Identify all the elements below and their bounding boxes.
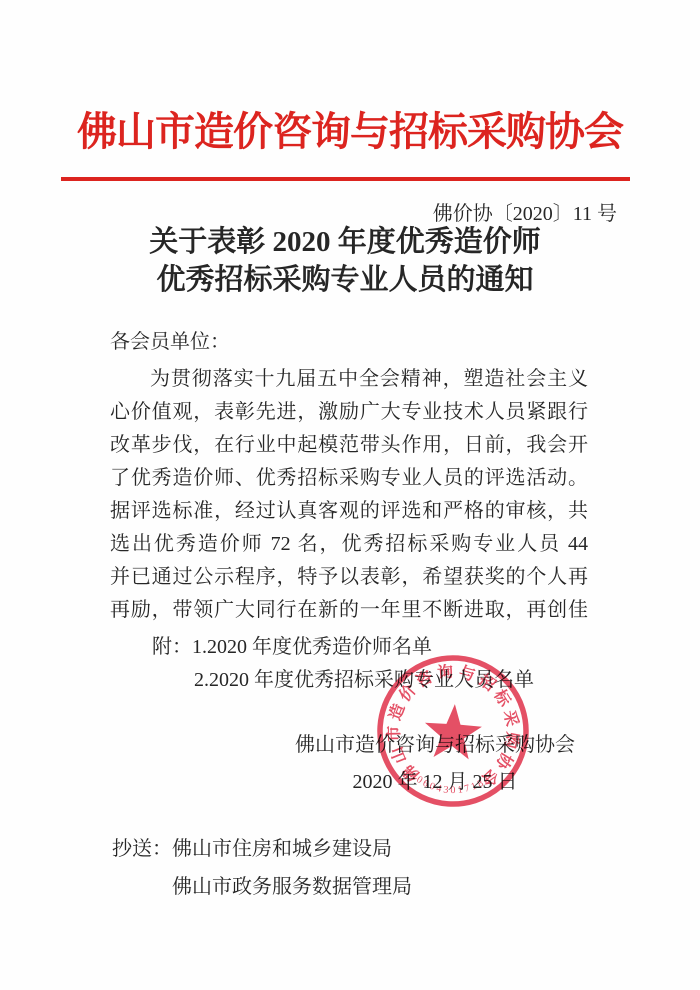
paragraph-line: 并已通过公示程序，特予以表彰，希望获奖的个人再接 <box>110 561 588 594</box>
paragraph-line: 心价值观，表彰先进，激励广大专业技术人员紧跟行业 <box>110 396 588 429</box>
cc-line-1: 抄送：佛山市住房和城乡建设局 <box>112 832 392 861</box>
paragraph-line: 据评选标准，经过认真客观的评选和严格的审核，共评 <box>110 495 588 528</box>
red-divider-line <box>61 177 630 181</box>
org-header-title: 佛山市造价咨询与招标采购协会 <box>0 100 700 157</box>
doc-number: 佛价协〔2020〕11 号 <box>0 197 617 226</box>
body-paragraph: 为贯彻落实十九届五中全会精神，塑造社会主义核心价值观，表彰先进，激励广大专业技术… <box>110 363 588 627</box>
seal-star-icon <box>423 702 484 760</box>
official-seal-svg: 佛山市造价咨询与招标采购协会 4406043017184 <box>367 645 540 818</box>
paragraph-line: 为贯彻落实十九届五中全会精神，塑造社会主义核 <box>110 363 588 396</box>
salutation: 各会员单位： <box>110 329 230 355</box>
notice-title: 关于表彰 2020 年度优秀造价师 优秀招标采购专业人员的通知 <box>0 223 690 299</box>
notice-title-line-2: 优秀招标采购专业人员的通知 <box>0 261 690 299</box>
paragraph-line: 了优秀造价师、优秀招标采购专业人员的评选活动。根 <box>110 462 588 495</box>
official-seal: 佛山市造价咨询与招标采购协会 4406043017184 <box>367 645 540 818</box>
paragraph-line: 改革步伐，在行业中起模范带头作用，日前，我会开展 <box>110 429 588 462</box>
cc-line-2: 佛山市政务服务数据管理局 <box>172 870 412 899</box>
notice-title-line-1: 关于表彰 2020 年度优秀造价师 <box>0 223 690 261</box>
paragraph-line: 再励，带领广大同行在新的一年里不断进取，再创佳绩。 <box>110 594 588 627</box>
document-page: 佛山市造价咨询与招标采购协会 佛价协〔2020〕11 号 关于表彰 2020 年… <box>0 0 700 990</box>
paragraph-line: 选出优秀造价师 72 名，优秀招标采购专业人员 44 名， <box>110 528 588 561</box>
